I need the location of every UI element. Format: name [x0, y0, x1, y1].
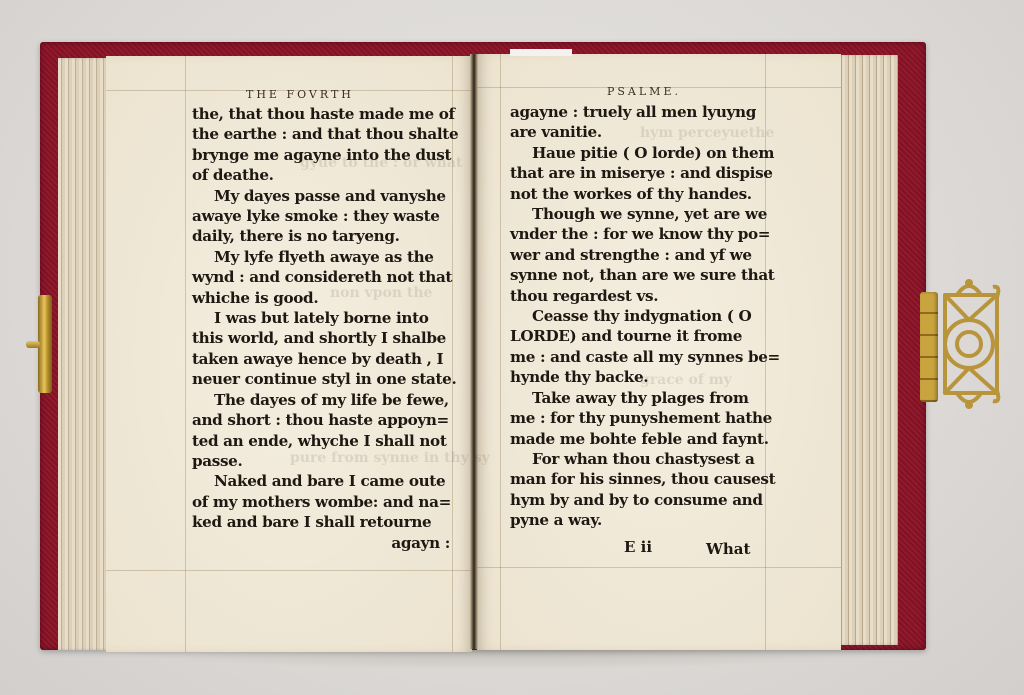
- page-edges-left: [58, 58, 112, 650]
- page-edges-right: [838, 55, 898, 645]
- text-line: The dayes of my life be fewe,: [192, 390, 450, 410]
- text-line: ted an ende, whyche I shall not: [192, 431, 450, 451]
- filigree-clasp-icon: [935, 275, 1007, 413]
- running-head-left: THE FOVRTH: [246, 88, 354, 101]
- text-line: Though we synne, yet are we: [510, 204, 768, 224]
- text-line: My dayes passe and vanyshe: [192, 186, 450, 206]
- text-line: Take away thy plages from: [510, 388, 768, 408]
- running-head-right: PSALME.: [607, 85, 681, 98]
- rule-line: [106, 570, 472, 571]
- text-line: the earthe : and that thou shalte: [192, 124, 450, 144]
- text-line: are vanitie.: [510, 122, 768, 142]
- text-line: and short : thou haste appoyn=: [192, 410, 450, 430]
- text-line: not the workes of thy handes.: [510, 184, 768, 204]
- text-line: agayn :: [192, 533, 450, 553]
- text-line: me : and caste all my synnes be=: [510, 347, 768, 367]
- book-gutter: [470, 54, 478, 649]
- catchword: What: [706, 540, 750, 558]
- text-line: made me bohte feble and faynt.: [510, 429, 768, 449]
- text-line: I was but lately borne into: [192, 308, 450, 328]
- text-line: wer and strengthe : and yf we: [510, 245, 768, 265]
- text-line: taken awaye hence by death , I: [192, 349, 450, 369]
- clasp-pin-icon: [26, 341, 40, 348]
- text-line: that are in miserye : and dispise: [510, 163, 768, 183]
- text-line: wynd : and considereth not that: [192, 267, 450, 287]
- signature-mark: E ii: [624, 538, 652, 556]
- text-line: For whan thou chastysest a: [510, 449, 768, 469]
- text-line: synne not, than are we sure that: [510, 265, 768, 285]
- text-line: Haue pitie ( O lorde) on them: [510, 143, 768, 163]
- rule-line: [477, 567, 841, 568]
- text-line: ked and bare I shall retourne: [192, 512, 450, 532]
- text-line: this world, and shortly I shalbe: [192, 328, 450, 348]
- text-line: brynge me agayne into the dust: [192, 145, 450, 165]
- text-line: passe.: [192, 451, 450, 471]
- text-line: thou regardest vs.: [510, 286, 768, 306]
- text-line: awaye lyke smoke : they waste: [192, 206, 450, 226]
- text-line: Ceasse thy indygnation ( O: [510, 306, 768, 326]
- rule-line: [500, 54, 501, 650]
- right-page-text: agayne : truely all men lyuyng are vanit…: [510, 102, 768, 531]
- text-line: pyne a way.: [510, 510, 768, 530]
- text-line: My lyfe flyeth awaye as the: [192, 247, 450, 267]
- text-line: agayne : truely all men lyuyng: [510, 102, 768, 122]
- text-line: me : for thy punyshement hathe: [510, 408, 768, 428]
- text-line: daily, there is no taryeng.: [192, 226, 450, 246]
- text-line: the, that thou haste made me of: [192, 104, 450, 124]
- text-line: vnder the : for we know thy po=: [510, 224, 768, 244]
- text-line: LORDE) and tourne it frome: [510, 326, 768, 346]
- text-line: hynde thy backe.: [510, 367, 768, 387]
- text-line: whiche is good.: [192, 288, 450, 308]
- rule-line: [452, 56, 453, 652]
- bookmark-slip: [510, 49, 572, 56]
- left-page-text: the, that thou haste made me of the eart…: [192, 104, 450, 553]
- text-line: of my mothers wombe: and na=: [192, 492, 450, 512]
- text-line: neuer continue styl in one state.: [192, 369, 450, 389]
- brass-clasp-catch-icon: [38, 295, 52, 393]
- text-line: hym by and by to consume and: [510, 490, 768, 510]
- text-line: man for his sinnes, thou causest: [510, 469, 768, 489]
- rule-line: [185, 56, 186, 652]
- text-line: of deathe.: [192, 165, 450, 185]
- text-line: Naked and bare I came oute: [192, 471, 450, 491]
